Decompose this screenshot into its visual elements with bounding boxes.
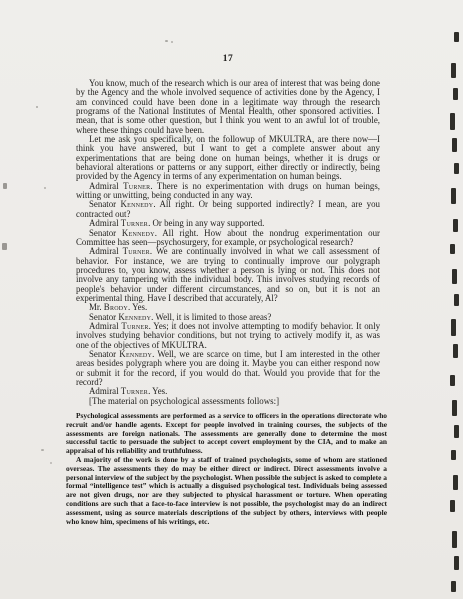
speaker-name: Senator Kennedy. xyxy=(89,199,159,209)
scan-speck xyxy=(41,449,44,451)
binding-mark xyxy=(452,400,457,416)
scan-binding-marks xyxy=(449,0,463,599)
transcript-paragraph: Admiral Turner. Yes; it does not involve… xyxy=(76,322,380,350)
binding-mark xyxy=(453,475,458,490)
binding-mark xyxy=(451,188,456,204)
transcript-paragraph: Senator Kennedy. All right. How about th… xyxy=(76,229,380,248)
binding-mark xyxy=(454,294,459,306)
binding-mark xyxy=(454,32,459,42)
binding-mark xyxy=(450,375,455,386)
binding-mark xyxy=(453,344,458,358)
binding-mark xyxy=(451,450,456,460)
binding-mark xyxy=(451,63,456,78)
binding-mark xyxy=(451,319,456,336)
binding-mark xyxy=(452,531,457,548)
transcript-paragraph: Admiral Turner. There is no experimentat… xyxy=(76,182,380,201)
speaker-name: Admiral Turner. xyxy=(89,321,153,331)
scanned-page: 17 You know, much of the research which … xyxy=(0,0,463,599)
transcript-paragraph: Senator Kennedy. All right. Or being sup… xyxy=(76,200,380,219)
page-number: 17 xyxy=(76,54,380,64)
scan-speck xyxy=(44,187,46,189)
transcript-paragraph: Let me ask you specifically, on the foll… xyxy=(76,135,380,182)
binding-mark xyxy=(451,581,456,592)
assessment-material: Psychological assessments are performed … xyxy=(66,412,387,526)
speaker-name: Admiral Turner. xyxy=(89,181,157,191)
speaker-name: Admiral Turner. xyxy=(89,386,152,396)
transcript-paragraph: [The material on psychological assessmen… xyxy=(76,397,380,406)
transcript-paragraph: Senator Kennedy. Well, we are scarce on … xyxy=(76,350,380,387)
binding-mark xyxy=(453,219,458,232)
scan-speck xyxy=(2,243,7,250)
transcript-body: You know, much of the research which is … xyxy=(76,79,380,406)
binding-mark xyxy=(450,113,455,130)
scan-speck xyxy=(36,106,38,108)
binding-mark xyxy=(454,163,459,174)
speaker-name: Admiral Turner. xyxy=(89,246,156,256)
scan-speck xyxy=(50,462,52,464)
page-content: 17 You know, much of the research which … xyxy=(76,54,380,526)
binding-mark xyxy=(452,138,457,152)
transcript-paragraph: You know, much of the research which is … xyxy=(76,79,380,135)
binding-mark xyxy=(454,556,459,570)
assessment-paragraph: Psychological assessments are performed … xyxy=(66,412,387,456)
speaker-name: Senator Kennedy. xyxy=(89,349,157,359)
binding-mark xyxy=(450,244,455,254)
scan-speck xyxy=(171,41,173,43)
transcript-paragraph: Admiral Turner. We are continually invol… xyxy=(76,247,380,303)
binding-mark xyxy=(450,500,455,512)
speaker-name: Senator Kennedy. xyxy=(89,228,162,238)
binding-mark xyxy=(452,269,457,284)
scan-speck xyxy=(165,40,168,42)
binding-mark xyxy=(454,425,459,438)
binding-mark xyxy=(453,88,458,100)
scan-speck xyxy=(3,183,7,189)
assessment-paragraph: A majority of the work is done by a staf… xyxy=(66,456,387,526)
